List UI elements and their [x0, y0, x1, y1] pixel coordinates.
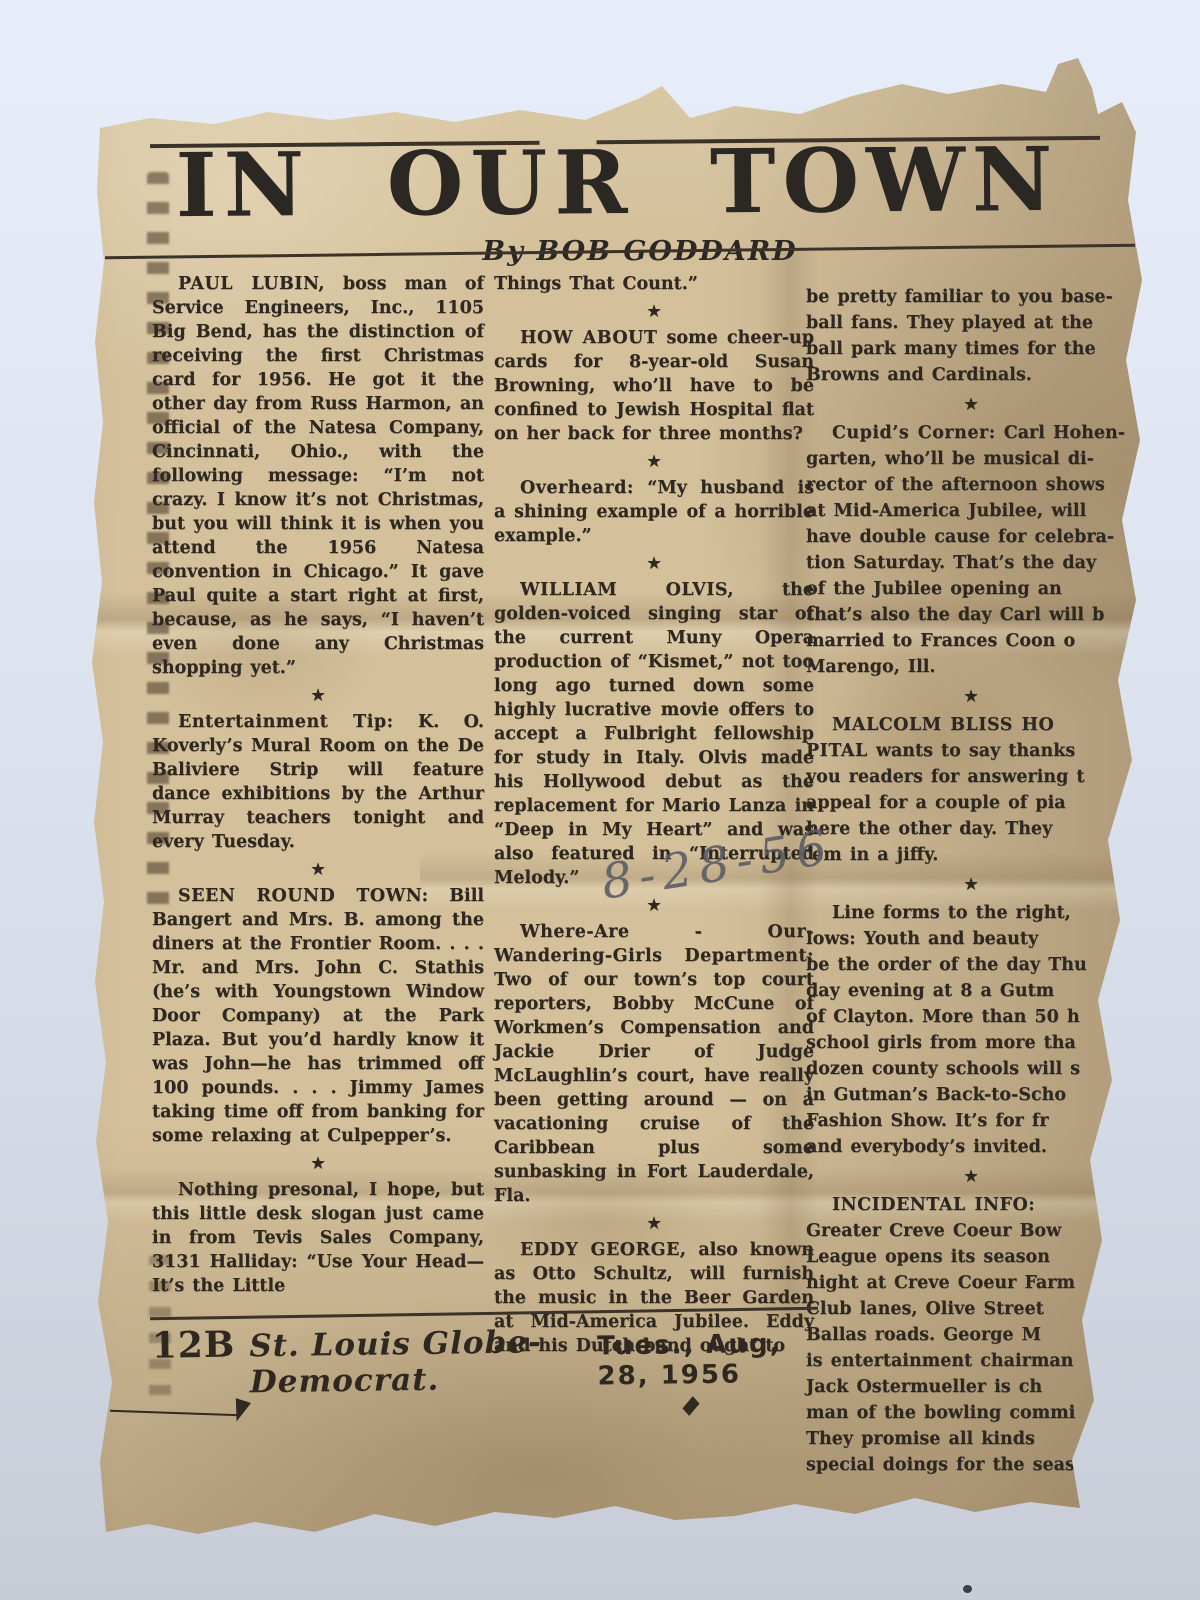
paragraph-paul-lubin: PAUL LUBIN, boss man of Service Engineer… — [152, 272, 484, 680]
star-divider: ★ — [806, 1169, 1136, 1184]
ink-mark — [682, 1396, 699, 1416]
paragraph-line-forms: Line forms to the right, lows: Youth and… — [806, 900, 1136, 1160]
paragraph-desk-slogan: Nothing presonal, I hope, but this littl… — [152, 1178, 484, 1298]
photo-background: IN OUR TOWN By BOB GODDARD PAUL LUBIN, b… — [0, 0, 1200, 1600]
background-speck — [963, 1585, 972, 1593]
newspaper-name: St. Louis Globe-Democrat. — [249, 1324, 584, 1401]
star-divider: ★ — [494, 1216, 814, 1231]
masthead-footer: 12B St. Louis Globe-Democrat. Tues., Aug… — [151, 1315, 832, 1401]
star-divider: ★ — [152, 688, 484, 703]
issue-date: Tues., Aug, 28, 1956 — [597, 1328, 833, 1391]
paragraph-wandering-girls: Where-Are - Our-Wandering-Girls Departme… — [494, 920, 814, 1208]
paragraph-overheard: Overheard: “My husband is a shining exam… — [494, 476, 814, 548]
paragraph-incidental-info: INCIDENTAL INFO: Greater Creve Coeur Bow… — [806, 1192, 1136, 1478]
ink-mark — [229, 1398, 251, 1424]
star-divider: ★ — [152, 1156, 484, 1171]
star-divider: ★ — [494, 556, 814, 571]
paragraph-entertainment-tip: Entertainment Tip: K. O. Koverly’s Mural… — [152, 710, 484, 854]
paragraph-continuation: Things That Count.” — [494, 272, 814, 296]
column-1: PAUL LUBIN, boss man of Service Engineer… — [152, 272, 484, 1298]
paragraph-how-about: HOW ABOUT some cheer-up cards for 8-year… — [494, 326, 814, 446]
star-divider: ★ — [152, 862, 484, 877]
star-divider: ★ — [494, 304, 814, 319]
paragraph-cupids-corner: Cupid’s Corner: Carl Hohen- garten, who’… — [806, 420, 1136, 680]
star-divider: ★ — [806, 689, 1136, 704]
article-title: IN OUR TOWN — [95, 134, 1141, 229]
column-2: Things That Count.” ★ HOW ABOUT some che… — [494, 272, 814, 1358]
paragraph-seen-round-town: SEEN ROUND TOWN: Bill Bangert and Mrs. B… — [152, 884, 484, 1148]
star-divider: ★ — [806, 877, 1136, 892]
paragraph-baseball: be pretty familiar to you base- ball fan… — [806, 284, 1136, 388]
column-3: be pretty familiar to you base- ball fan… — [806, 284, 1136, 1478]
ink-mark — [110, 1410, 240, 1417]
star-divider: ★ — [806, 397, 1136, 412]
star-divider: ★ — [494, 454, 814, 469]
page-number: 12B — [151, 1324, 235, 1367]
newspaper-clipping: IN OUR TOWN By BOB GODDARD PAUL LUBIN, b… — [0, 0, 1200, 1600]
